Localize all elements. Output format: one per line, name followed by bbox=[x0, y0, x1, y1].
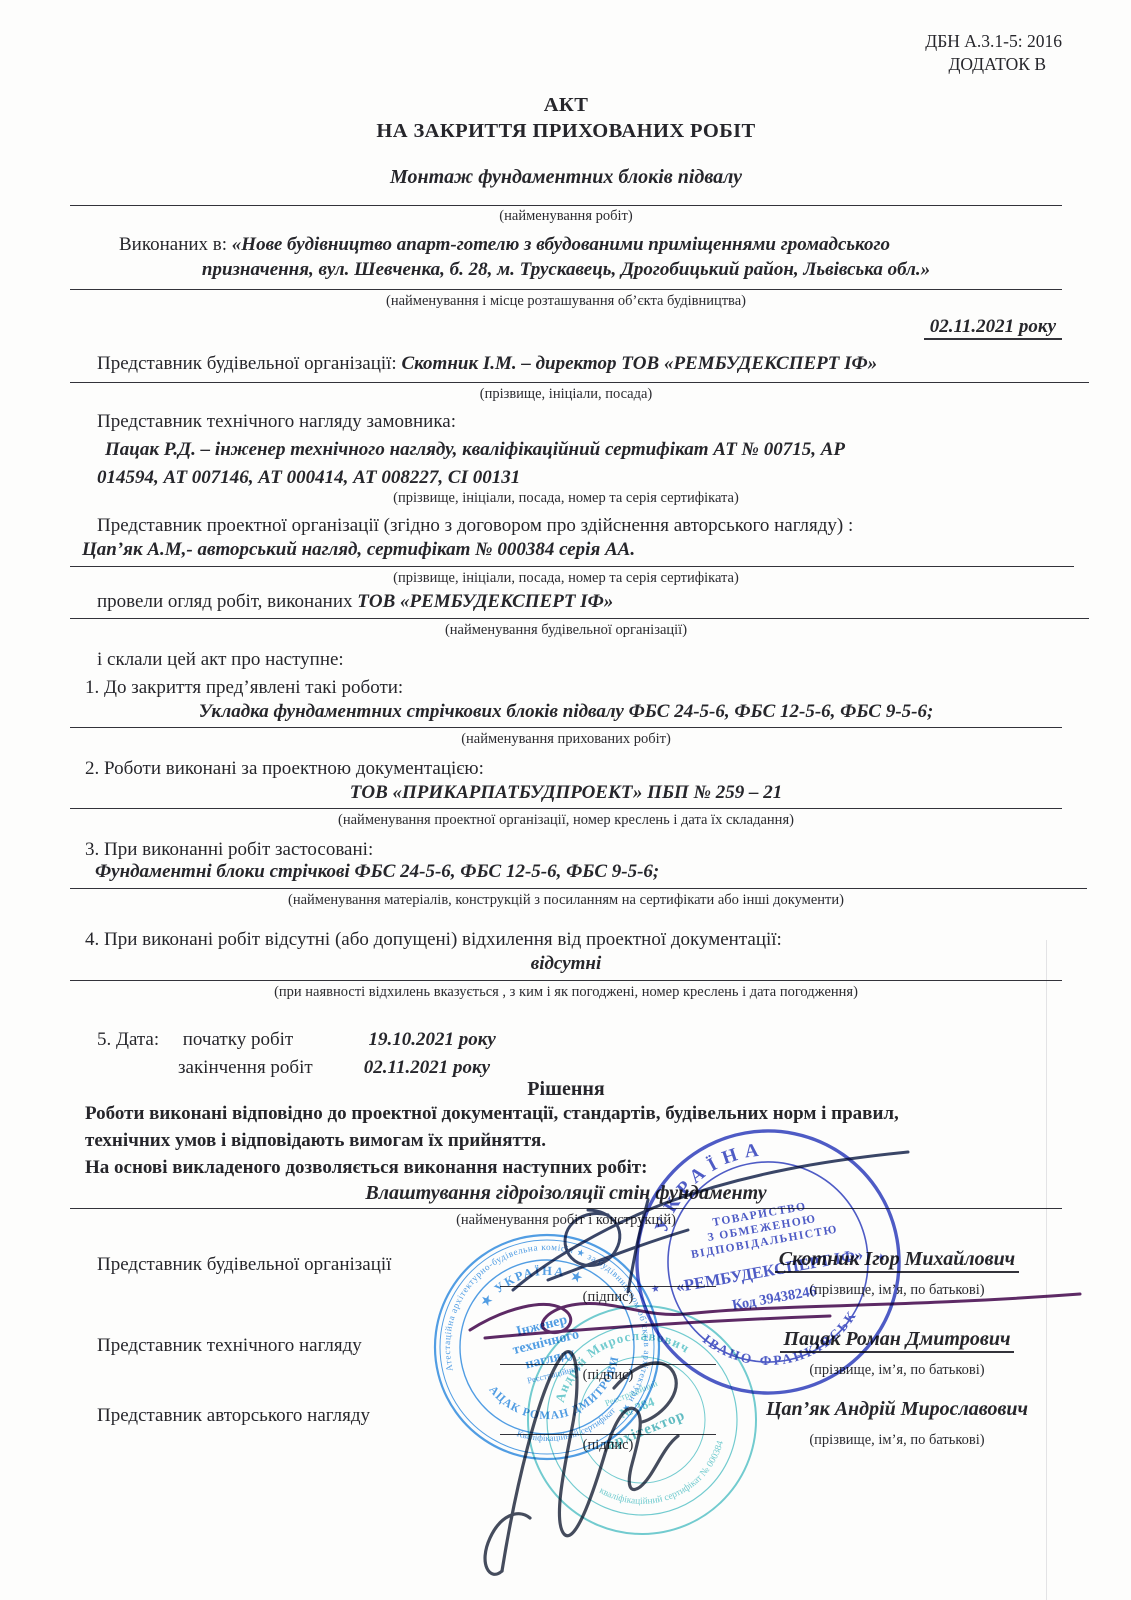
end-date-label: закінчення робіт bbox=[178, 1056, 359, 1080]
sig-role-builder: Представник будівельної організації bbox=[97, 1253, 391, 1277]
design-rep-field: Цап’як А.М,- авторський нагляд, сертифік… bbox=[70, 538, 1074, 567]
item1-caption: (найменування прихованих робіт) bbox=[70, 731, 1062, 748]
item1-value: Укладка фундаментних стрічкових блоків п… bbox=[199, 701, 934, 722]
object-line1: Виконаних в: «Нове будівництво апарт-гот… bbox=[97, 233, 1084, 257]
builder-rep-field: Представник будівельної організації: Ско… bbox=[70, 352, 1089, 383]
dates-line2: закінчення робіт 02.11.2021 року bbox=[178, 1056, 1058, 1080]
design-rep-value: Цап’як А.М,- авторський нагляд, сертифік… bbox=[82, 539, 635, 560]
act-date: 02.11.2021 року bbox=[924, 316, 1062, 340]
doc-title-line1: АКТ bbox=[70, 94, 1062, 117]
sig-role-tech: Представник технічного нагляду bbox=[97, 1334, 362, 1358]
tech-rep-label: Представник технічного нагляду замовника… bbox=[97, 410, 1062, 434]
builder-rep-label: Представник будівельної організації: bbox=[97, 353, 401, 374]
dates-label: 5. Дата: bbox=[97, 1028, 178, 1052]
object-name-part1: «Нове будівництво апарт-готелю з вбудова… bbox=[232, 234, 890, 255]
item3-label: 3. При виконанні робіт застосовані: bbox=[85, 838, 1062, 862]
decision-heading: Рішення bbox=[70, 1078, 1062, 1101]
decision-line1: Роботи виконані відповідно до проектної … bbox=[85, 1102, 1075, 1126]
item4-label: 4. При виконані робіт відсутні (або допу… bbox=[85, 928, 1062, 952]
tech-rep-caption: (прізвище, ініціали, посада, номер та се… bbox=[70, 490, 1062, 507]
item3-field: Фундаментні блоки стрічкові ФБС 24-5-6, … bbox=[70, 860, 1087, 889]
item3-caption: (найменування матеріалів, конструкцій з … bbox=[70, 892, 1062, 909]
design-rep-label: Представник проектної організації (згідн… bbox=[97, 514, 1062, 538]
work-name-field: Монтаж фундаментних блоків підвалу bbox=[70, 166, 1062, 206]
appendix-label: ДОДАТОК В bbox=[925, 53, 1062, 76]
doc-title-line2: НА ЗАКРИТТЯ ПРИХОВАНИХ РОБІТ bbox=[70, 120, 1062, 143]
item2-caption: (найменування проектної організації, ном… bbox=[70, 812, 1062, 829]
norm-code: ДБН А.3.1-5: 2016 bbox=[925, 30, 1062, 53]
item4-field: відсутні bbox=[70, 952, 1062, 981]
document-header: ДБН А.3.1-5: 2016 ДОДАТОК В bbox=[925, 30, 1062, 76]
item1-field: Укладка фундаментних стрічкових блоків п… bbox=[70, 700, 1062, 728]
item4-caption: (при наявності відхилень вказується , з … bbox=[70, 984, 1062, 1001]
sig-role-author: Представник авторського нагляду bbox=[97, 1404, 370, 1428]
inspection-field: провели огляд робіт, виконаних ТОВ «РЕМБ… bbox=[70, 590, 1089, 619]
dates-line1: 5. Дата: початку робіт 19.10.2021 року bbox=[97, 1028, 1062, 1052]
document-page: ДБН А.3.1-5: 2016 ДОДАТОК В АКТ НА ЗАКРИ… bbox=[0, 0, 1131, 1600]
tech-rep-value1: Пацак Р.Д. – інженер технічного нагляду,… bbox=[97, 438, 1070, 462]
act-statement: і склали цей акт про наступне: bbox=[97, 648, 1062, 672]
item3-value: Фундаментні блоки стрічкові ФБС 24-5-6, … bbox=[95, 861, 659, 882]
item2-label: 2. Роботи виконані за проектною документ… bbox=[85, 757, 1062, 781]
signature-author bbox=[462, 1326, 712, 1578]
object-line2-field: призначення, вул. Шевченка, б. 28, м. Тр… bbox=[70, 258, 1062, 290]
builder-rep-value: Скотник І.М. – директор ТОВ «РЕМБУДЕКСПЕ… bbox=[401, 353, 877, 374]
act-date-line: 02.11.2021 року bbox=[70, 315, 1070, 339]
start-date-value: 19.10.2021 року bbox=[369, 1029, 496, 1050]
object-prefix: Виконаних в: bbox=[119, 234, 232, 255]
inspection-prefix: провели огляд робіт, виконаних bbox=[97, 591, 357, 612]
item2-field: ТОВ «ПРИКАРПАТБУДПРОЕКТ» ПБП № 259 – 21 bbox=[70, 781, 1062, 809]
item2-value: ТОВ «ПРИКАРПАТБУДПРОЕКТ» ПБП № 259 – 21 bbox=[350, 782, 782, 803]
work-name-caption: (найменування робіт) bbox=[70, 208, 1062, 225]
end-date-value: 02.11.2021 року bbox=[364, 1057, 490, 1078]
item1-label: 1. До закриття пред’явлені такі роботи: bbox=[85, 676, 1062, 700]
design-rep-caption: (прізвище, ініціали, посада, номер та се… bbox=[70, 570, 1062, 587]
tech-rep-value2: 014594, АТ 007146, АТ 000414, АТ 008227,… bbox=[97, 466, 1062, 490]
builder-rep-caption: (прізвище, ініціали, посада) bbox=[70, 386, 1062, 403]
object-name-part2: призначення, вул. Шевченка, б. 28, м. Тр… bbox=[202, 259, 930, 280]
inspection-org: ТОВ «РЕМБУДЕКСПЕРТ ІФ» bbox=[357, 591, 613, 612]
object-caption: (найменування і місце розташування об’єк… bbox=[70, 293, 1062, 310]
item4-value: відсутні bbox=[531, 953, 602, 974]
start-date-label: початку робіт bbox=[183, 1028, 364, 1052]
inspection-caption: (найменування будівельної організації) bbox=[70, 622, 1062, 639]
work-name: Монтаж фундаментних блоків підвалу bbox=[390, 166, 742, 188]
